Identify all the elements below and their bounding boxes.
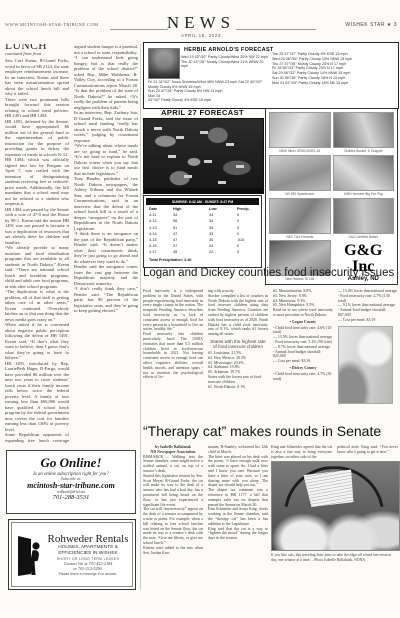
stuffed-kittens-photo	[271, 461, 400, 551]
weather-table: Date High Low Precip. 4-11343404-1256340…	[146, 205, 259, 257]
go-online-ad: Go Online! Is an online subscription rig…	[6, 450, 136, 514]
forecast-right-column: Tue 25 57°/37° Partly Cloudy 9% ESE 15 m…	[272, 52, 395, 86]
door-person-icon	[16, 533, 42, 577]
page-number: WISHEK STAR ★ 3	[300, 22, 397, 28]
therapy-col3-text: King and Schneider agreed that the cat i…	[271, 445, 332, 459]
herbie-photo	[148, 48, 180, 79]
photo-caption: If you like cats, this traveling litter …	[271, 553, 398, 562]
logan-col2-paragraph: ing with scarcity. Stacker compiled a li…	[208, 289, 268, 337]
highest-rate-list: #1. Louisiana: 21.5% #2. New Mexico: 20.…	[208, 351, 268, 375]
map-caption-band	[144, 188, 263, 193]
map-temperature-labels	[154, 127, 162, 130]
equipment-caption: G&G Certified Balers	[333, 235, 395, 239]
forecast-left-bottom: Fri 21 34°/02° Snow Showers/Wind 48% NNW…	[148, 80, 269, 103]
logan-article-body: Food insecurity is a widespread problem …	[143, 289, 398, 424]
gg-listing: NH 280 Speedrower	[269, 155, 331, 196]
lunch-article: LUNCH continued from front Sen. Curt Kre…	[5, 44, 138, 446]
lowest-rate-list: States with the lowest rate of food inse…	[208, 375, 268, 389]
equipment-photo	[269, 155, 331, 191]
logan-headline: Logan and Dickey counties food insecurit…	[143, 267, 398, 279]
equipment-caption: NH 280 Speedrower	[269, 192, 331, 196]
weather-map-image	[143, 118, 264, 194]
therapy-cat-right-block: King and Schneider agreed that the cat i…	[271, 445, 398, 563]
byline-org: ND Newspaper Association	[143, 450, 203, 455]
sunrise-sunset-bar: SUNRISE: 6:42 AM - SUNSET: 8:27 PM	[146, 198, 259, 205]
forecast-left-top: Wed 19 53°/30° Partly Cloudy/Wind 20% SW…	[181, 55, 269, 69]
lunch-continued-note: continued from front	[5, 51, 69, 57]
equipment-photo	[333, 155, 395, 191]
child-eating-photo	[338, 326, 393, 404]
therapy-col1-text: BISMARCK – Walking into the Senate chamb…	[143, 455, 203, 556]
dickey-county-details: - Child food insecurity rate: 4.7% (50 t…	[273, 372, 333, 382]
rohweder-rentals-ad: Rohweder Rentals HOUSES, APARTMENTS & EF…	[8, 519, 136, 590]
equipment-photo	[269, 198, 331, 234]
therapy-cat-headline: “Therapy cat” makes rounds in Senate	[143, 423, 398, 439]
forecast-box: HERBIE ARNOLD'S FORECAST Wed 19 53°/30° …	[143, 42, 399, 109]
go-online-domain: mcintosh-star-tribune.com	[7, 481, 135, 490]
therapy-col1: by Isabelle Ballalatak ND Newspaper Asso…	[143, 445, 203, 588]
weather-cell: 4-17	[149, 249, 173, 255]
rohweder-offerings: HOUSES, APARTMENTS & EFFICIENCIES IN WIS…	[44, 545, 132, 556]
newspaper-page: WWW.MCINTOSH-STAR-TRIBUNE.COM NEWS APRIL…	[0, 0, 400, 618]
go-online-title: Go Online!	[7, 455, 135, 471]
weather-table-box: SUNRISE: 6:42 AM - SUNSET: 8:27 PM Date …	[143, 195, 262, 268]
gg-listing: G&G Certified Balers	[333, 198, 395, 239]
equipment-photo	[333, 198, 395, 234]
forecast-title: HERBIE ARNOLD'S FORECAST	[184, 47, 274, 53]
column-rule	[140, 44, 141, 590]
logan-col1: Food insecurity is a widespread problem …	[143, 289, 203, 424]
header-rule-left	[110, 29, 168, 30]
equipment-photo	[333, 112, 395, 148]
go-online-phone: 701-288-3531	[7, 494, 135, 501]
equipment-caption: Grabtec Bucket, 6' Grapple	[333, 149, 395, 153]
rohweder-contact-2: or 701-212-5290.	[44, 566, 132, 571]
therapy-col2-text: nianen, R-Stanley, welcomed his 12th chi…	[208, 445, 268, 588]
issue-date: APRIL 19, 2023	[158, 33, 244, 38]
logan-col2: ing with scarcity. Stacker compiled a li…	[208, 289, 268, 424]
logan-col3: #2. Massachusetts: 8.8% #3. New Jersey: …	[273, 289, 333, 424]
gg-listing: 605N Vermeer Big Tire Pkg	[333, 155, 395, 196]
april27-headline: APRIL 27 FORECAST	[143, 108, 262, 117]
gg-listing: H&S 7114 Ferrante	[269, 198, 331, 239]
equipment-photo	[269, 112, 331, 148]
therapy-cat-left-columns: by Isabelle Ballalatak ND Newspaper Asso…	[143, 445, 269, 588]
rohweder-title: Rohweder Rentals	[44, 533, 132, 545]
lunch-title: LUNCH	[5, 44, 69, 50]
read-on-paragraph: Read on to see where food insecurity is …	[273, 308, 333, 318]
logan-county-heading: • Logan County	[273, 320, 333, 325]
equipment-caption: 605N Vermeer Big Tire Pkg	[333, 192, 395, 196]
lunch-body-text: Sen. Curt Kreun, R-Grand Forks, voted in…	[5, 44, 138, 446]
gg-listing: Grabtec Bucket, 6' Grapple	[333, 112, 395, 153]
gg-implement-ad: NEW Sitrex GR30/4/GRX-16 Grabtec Bucket,…	[265, 108, 398, 285]
logan-county-details: - Child food insecurity rate: 4.6% (20 t…	[273, 326, 333, 364]
weather-cell: 45	[173, 249, 209, 255]
gg-listing: NEW Sitrex GR30/4/GRX-16	[269, 112, 331, 153]
header-rule-right	[236, 29, 316, 30]
total-precipitation: Total Precipitation: 3.40	[146, 257, 259, 263]
therapy-col4-text: political aisle. King said, “You never k…	[337, 445, 398, 459]
masthead-title: NEWS	[166, 13, 236, 33]
lowest-rate-list-cont: #2. Massachusetts: 8.8% #3. New Jersey: …	[273, 289, 333, 308]
rohweder-message-note: Please leave a message if no answer.	[44, 572, 132, 576]
site-url: WWW.MCINTOSH-STAR-TRIBUNE.COM	[5, 22, 99, 27]
highest-rate-subhead: States with the highest rate of food ins…	[208, 339, 268, 349]
dickey-county-heading: • Dickey County	[273, 366, 333, 371]
weather-cell: 0	[237, 249, 256, 255]
weather-cell: 22	[209, 249, 237, 255]
logan-col4: — 13.4% lower than national average - Fo…	[338, 289, 398, 424]
equipment-caption: H&S 7114 Ferrante	[269, 235, 331, 239]
equipment-caption: NEW Sitrex GR30/4/GRX-16	[269, 149, 331, 153]
dickey-county-details-cont: — 13.4% lower than national average - Fo…	[338, 289, 398, 323]
